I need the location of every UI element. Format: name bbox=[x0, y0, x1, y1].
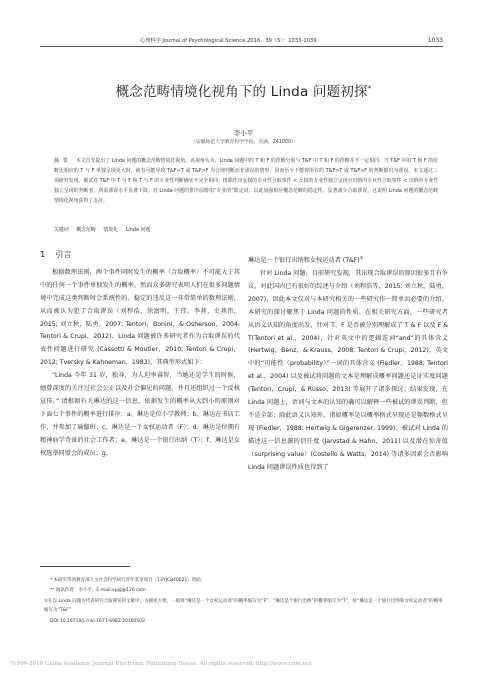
left-column: 1引言 根据数理法则，两个事件同时发生的概率（合取概率）不可能大于其中的任何一个… bbox=[40, 248, 240, 461]
body-paragraph: 根据数理法则，两个事件同时发生的概率（合取概率）不可能大于其中的任何一个事件单独… bbox=[40, 267, 240, 370]
section-number: 1 bbox=[40, 249, 45, 259]
section-title: 引言 bbox=[55, 249, 71, 259]
right-column: 琳达是一个银行出纳和女权运动者 (T&F)① 针对 Linda 问题，目前研究发… bbox=[248, 252, 448, 474]
paper-title: 概念范畴情境化视角下的 Linda 问题初探* bbox=[0, 80, 487, 100]
section-heading: 1引言 bbox=[40, 248, 240, 261]
abstract-text: 本文首先提出了 Linda 问题的概念范畴情境化视角。该视角认为，Linda 问… bbox=[54, 158, 438, 204]
keyword: 情境化 bbox=[103, 227, 118, 233]
author-name: 李小平 bbox=[0, 128, 487, 137]
abstract: 摘要本文首先提出了 Linda 问题的概念范畴情境化视角。该视角认为，Linda… bbox=[54, 156, 438, 206]
page-number: 1033 bbox=[428, 37, 443, 44]
author-affiliation: （安徽师范大学教育科学学院，芜湖，241000） bbox=[0, 138, 487, 145]
footnote-corresponding-author: ** 通讯作者：李小平。E-mail:xpjg@126.com bbox=[50, 587, 146, 593]
journal-citation: 心理科学 Journal of Psychological Science 20… bbox=[140, 37, 317, 44]
body-paragraph: 琳达是一个银行出纳和女权运动者 (T&F)① bbox=[248, 252, 448, 268]
copyright-notice: ?1994-2016 China Academic Journal Electr… bbox=[10, 661, 312, 667]
keyword: 概念范畴 bbox=[76, 227, 96, 233]
abstract-label: 摘要 bbox=[54, 158, 72, 164]
linda-option-g: 琳达是一个银行出纳和女权运动者 (T&F) bbox=[248, 257, 360, 264]
keywords: 关键词 概念范畴 情境化 Linda 问题 bbox=[54, 226, 156, 233]
running-header: 心理科学 Journal of Psychological Science 20… bbox=[40, 30, 443, 47]
title-footnote-mark: * bbox=[368, 85, 372, 93]
keywords-label: 关键词 bbox=[54, 227, 69, 233]
footnote-ref: ① bbox=[360, 255, 364, 260]
footnote-1: ①在以 Linda 问题为代表研究合取谬误的文献中，为描述方便，一般将“琳达是一… bbox=[44, 597, 444, 615]
title-text: 概念范畴情境化视角下的 Linda 问题初探 bbox=[116, 84, 368, 100]
keyword: Linda 问题 bbox=[126, 227, 151, 233]
doi: DOI:10.16719/j.cnki.1671-6981.20160502 bbox=[50, 619, 145, 624]
footnote-fund: * 本研究得到教育部人文社会科学研究青年基金项目（13YJC840021）资助。 bbox=[50, 577, 205, 583]
body-paragraph: “Linda 今年 31 岁，独身，为人坦率睿智，当她还是学生的时候，她曾深度的… bbox=[40, 370, 240, 460]
footnote-divider bbox=[40, 566, 130, 567]
body-paragraph: 针对 Linda 问题，目前研究发现，其出现合取谬误的原因很多且有争议，对此国内… bbox=[248, 268, 448, 475]
